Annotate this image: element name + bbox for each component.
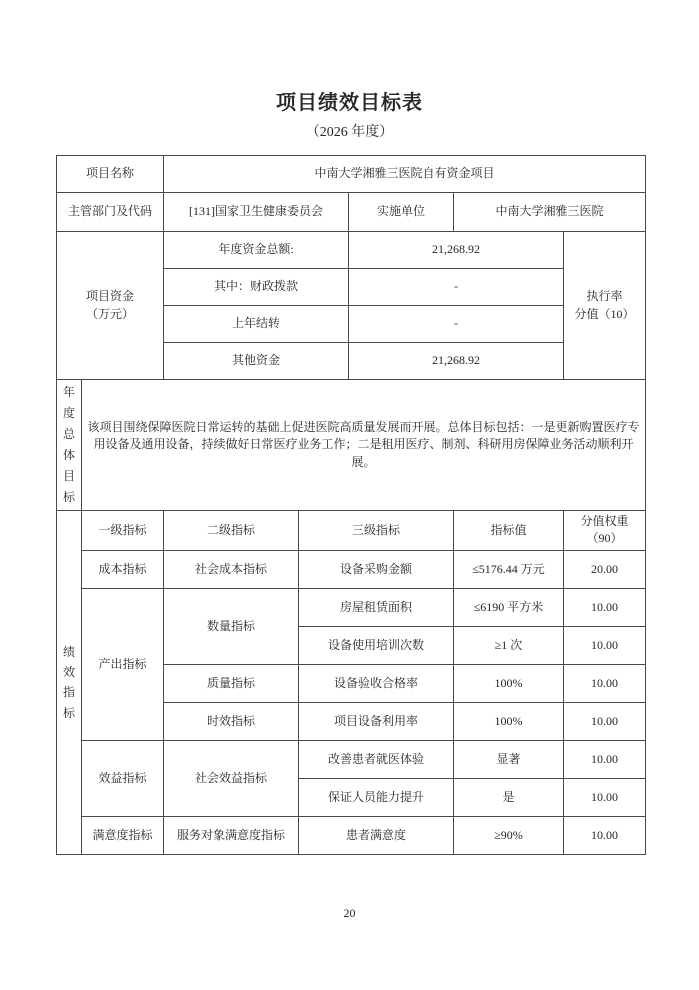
indicator-weight-cell: 10.00 [564, 740, 646, 778]
fund-item-value: 21,268.92 [349, 232, 564, 269]
indicator-level3-cell: 患者满意度 [299, 816, 454, 854]
indicator-weight-cell: 10.00 [564, 626, 646, 664]
indicator-value-cell: ≥90% [454, 816, 564, 854]
performance-indicators-label: 绩效指标 [57, 511, 82, 855]
table-row: 效益指标 社会效益指标 改善患者就医体验 显著 10.00 [57, 740, 646, 778]
indicator-level1-cell: 满意度指标 [82, 816, 164, 854]
indicator-value-cell: 是 [454, 778, 564, 816]
indicator-value-cell: 100% [454, 702, 564, 740]
indicator-level3-cell: 保证人员能力提升 [299, 778, 454, 816]
table-row: 满意度指标 服务对象满意度指标 患者满意度 ≥90% 10.00 [57, 816, 646, 854]
page-title: 项目绩效目标表 [0, 86, 699, 115]
table-row: 年度总体目标 该项目围绕保障医院日常运转的基础上促进医院高质量发展而开展。总体目… [57, 380, 646, 511]
table-row: 项目名称 中南大学湘雅三医院自有资金项目 [57, 156, 646, 193]
indicator-weight-cell: 10.00 [564, 816, 646, 854]
project-name-value: 中南大学湘雅三医院自有资金项目 [164, 156, 646, 193]
indicator-level1-cell: 产出指标 [82, 588, 164, 740]
header-indicator-value: 指标值 [454, 511, 564, 551]
indicator-level1-cell: 效益指标 [82, 740, 164, 816]
indicator-value-cell: ≥1 次 [454, 626, 564, 664]
indicator-level3-cell: 改善患者就医体验 [299, 740, 454, 778]
fund-item-name: 其他资金 [164, 343, 349, 380]
funds-label: 项目资金 （万元） [57, 232, 164, 380]
fund-item-value: 21,268.92 [349, 343, 564, 380]
table-row: 产出指标 数量指标 房屋租赁面积 ≤6190 平方米 10.00 [57, 588, 646, 626]
page-subtitle: （2026 年度） [0, 121, 699, 141]
table-row: 绩效指标 一级指标 二级指标 三级指标 指标值 分值权重 （90） [57, 511, 646, 551]
indicator-level3-cell: 设备采购金额 [299, 550, 454, 588]
annual-goal-label-text: 年度总体目标 [63, 382, 75, 508]
indicator-level2-cell: 社会效益指标 [164, 740, 299, 816]
header-weight: 分值权重 （90） [564, 511, 646, 551]
table-row: 项目资金 （万元） 年度资金总额: 21,268.92 执行率 分值（10） [57, 232, 646, 269]
funds-label-line2: （万元） [61, 306, 159, 323]
indicator-level2-cell: 服务对象满意度指标 [164, 816, 299, 854]
performance-indicators-label-text: 绩效指标 [63, 642, 75, 724]
table-row: 成本指标 社会成本指标 设备采购金额 ≤5176.44 万元 20.00 [57, 550, 646, 588]
dept-label: 主管部门及代码 [57, 193, 164, 232]
indicator-level2-cell: 社会成本指标 [164, 550, 299, 588]
indicator-weight-cell: 10.00 [564, 588, 646, 626]
indicator-value-cell: 显著 [454, 740, 564, 778]
annual-goal-text: 该项目围绕保障医院日常运转的基础上促进医院高质量发展而开展。总体目标包括：一是更… [82, 380, 646, 511]
indicator-level3-cell: 房屋租赁面积 [299, 588, 454, 626]
execution-rate-score: 执行率 分值（10） [564, 232, 646, 380]
indicator-level2-cell: 质量指标 [164, 664, 299, 702]
fund-item-name: 上年结转 [164, 306, 349, 343]
header-level1: 一级指标 [82, 511, 164, 551]
fund-item-name: 年度资金总额: [164, 232, 349, 269]
execution-rate-line2: 分值（10） [568, 306, 641, 323]
indicator-weight-cell: 10.00 [564, 778, 646, 816]
indicator-level2-cell: 数量指标 [164, 588, 299, 664]
header-weight-line1: 分值权重 [568, 513, 641, 530]
indicator-value-cell: ≤6190 平方米 [454, 588, 564, 626]
page-number: 20 [0, 906, 699, 921]
indicator-value-cell: ≤5176.44 万元 [454, 550, 564, 588]
project-name-label: 项目名称 [57, 156, 164, 193]
indicator-level3-cell: 设备验收合格率 [299, 664, 454, 702]
performance-target-table: 项目名称 中南大学湘雅三医院自有资金项目 主管部门及代码 [131]国家卫生健康… [56, 155, 646, 855]
indicator-value-cell: 100% [454, 664, 564, 702]
indicator-level2-cell: 时效指标 [164, 702, 299, 740]
indicator-weight-cell: 10.00 [564, 664, 646, 702]
header-level2: 二级指标 [164, 511, 299, 551]
header-level3: 三级指标 [299, 511, 454, 551]
header-weight-line2: （90） [568, 530, 641, 547]
indicator-level3-cell: 项目设备利用率 [299, 702, 454, 740]
funds-label-line1: 项目资金 [61, 288, 159, 305]
execution-rate-line1: 执行率 [568, 288, 641, 305]
annual-goal-label: 年度总体目标 [57, 380, 82, 511]
dept-value: [131]国家卫生健康委员会 [164, 193, 349, 232]
fund-item-name: 其中：财政拨款 [164, 269, 349, 306]
indicator-level3-cell: 设备使用培训次数 [299, 626, 454, 664]
document-page: 项目绩效目标表 （2026 年度） 项目名称 中南大学湘雅三医院自有资金项目 主… [0, 0, 699, 990]
indicator-weight-cell: 10.00 [564, 702, 646, 740]
fund-item-value: - [349, 306, 564, 343]
indicator-weight-cell: 20.00 [564, 550, 646, 588]
impl-unit-value: 中南大学湘雅三医院 [454, 193, 646, 232]
table-row: 主管部门及代码 [131]国家卫生健康委员会 实施单位 中南大学湘雅三医院 [57, 193, 646, 232]
indicator-level1-cell: 成本指标 [82, 550, 164, 588]
impl-unit-label: 实施单位 [349, 193, 454, 232]
fund-item-value: - [349, 269, 564, 306]
